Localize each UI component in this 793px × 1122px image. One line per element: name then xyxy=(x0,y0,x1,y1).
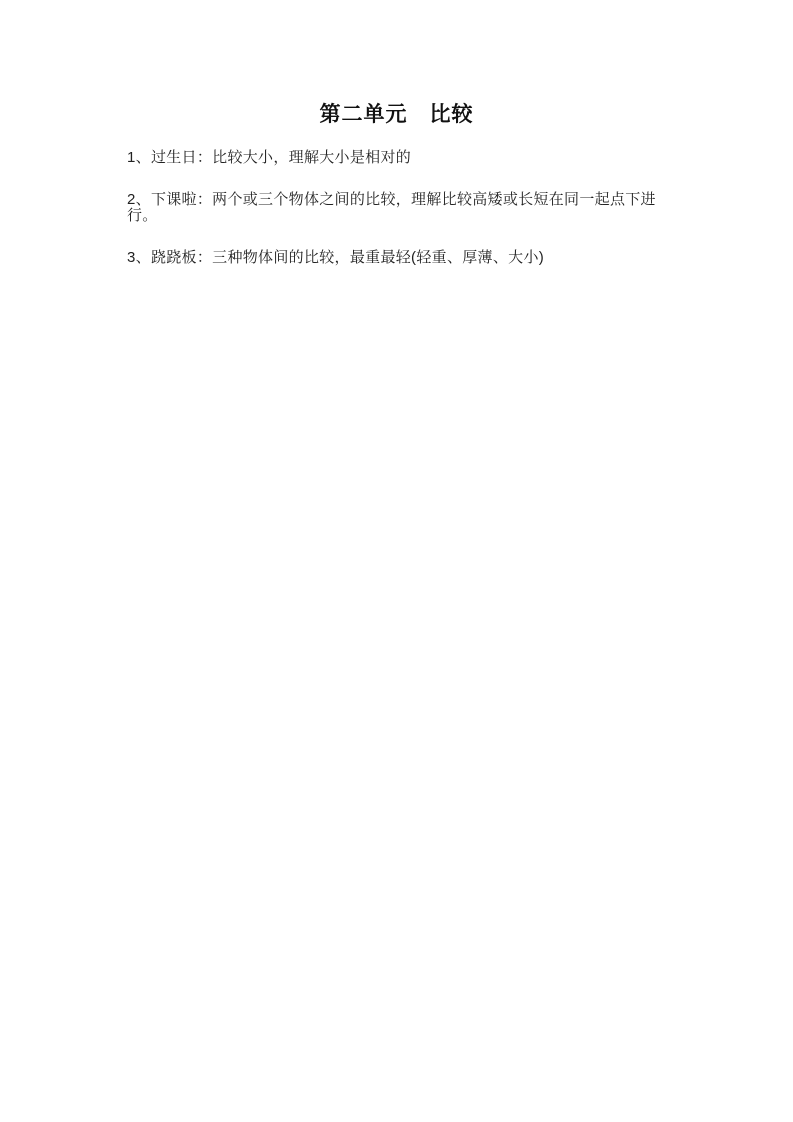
list-item: 2、下课啦：两个或三个物体之间的比较，理解比较高矮或长短在同一起点下进行。 xyxy=(0,192,793,224)
document-page: 第二单元 比较 1、过生日：比较大小，理解大小是相对的 2、下课啦：两个或三个物… xyxy=(0,0,793,1122)
list-item: 1、过生日：比较大小，理解大小是相对的 xyxy=(0,150,793,166)
list-item: 3、跷跷板：三种物体间的比较，最重最轻(轻重、厚薄、大小) xyxy=(0,250,793,266)
page-title: 第二单元 比较 xyxy=(0,101,793,128)
